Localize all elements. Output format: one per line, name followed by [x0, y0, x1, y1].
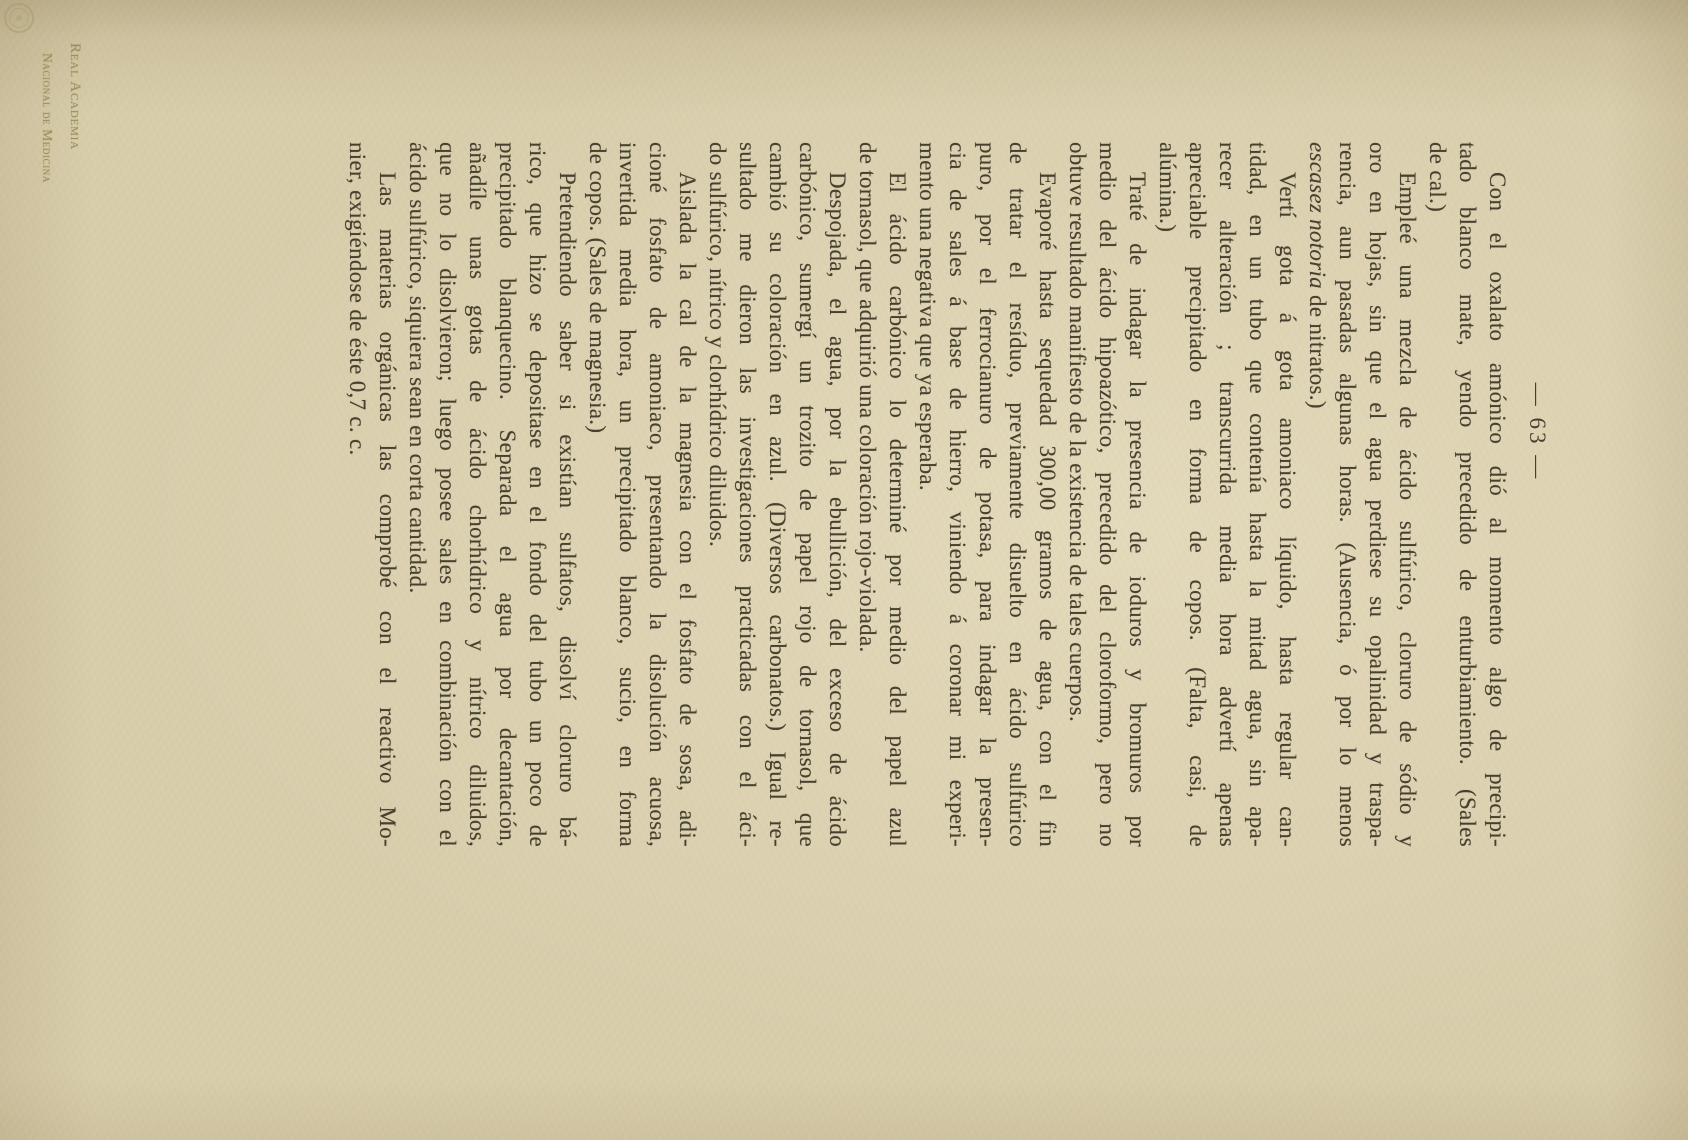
text-line: Vertí gota á gota amoniaco líquido, hast…: [1272, 142, 1302, 847]
text-line: cioné fosfato de amoniaco, presentando l…: [642, 142, 672, 847]
text-line: Empleé una mezcla de ácido sulfúrico, cl…: [1392, 142, 1422, 847]
text-line: oro en hojas, sin que el agua perdiese s…: [1362, 142, 1392, 847]
text-line: do sulfúrico, nítrico y clorhídrico dilu…: [702, 142, 732, 847]
text-line: de cal.): [1422, 142, 1452, 847]
text-line: Despojada, el agua, por la ebullición, d…: [822, 142, 852, 847]
page-number: — 63 —: [1524, 142, 1550, 722]
academy-seal-icon: [4, 3, 34, 33]
text-line: sultado me dieron las investigaciones pr…: [732, 142, 762, 847]
text-line: añadíle unas gotas de ácido chorhídrico …: [462, 142, 492, 847]
text-line: ácido sulfúrico, siquiera sean en corta …: [402, 142, 432, 847]
text-block: Con el oxalato amónico dió al momento al…: [342, 142, 1512, 847]
text-line: Aislada la cal de la magnesia con el fos…: [672, 142, 702, 847]
text-line: cambió su coloración en azul. (Diversos …: [762, 142, 792, 847]
text-line: medio del ácido hipoazótico, precedido d…: [1092, 142, 1122, 847]
stamp-text-line2: Nacional de Medicina: [39, 53, 55, 183]
text-line: Las materias orgánicas las comprobé con …: [372, 142, 402, 847]
text-line: obtuve resultado manifiesto de la existe…: [1062, 142, 1092, 847]
stamp-text-line1: Real Academia: [66, 43, 83, 150]
text-line: Evaporé hasta sequedad 300,00 gramos de …: [1032, 142, 1062, 847]
text-line: carbónico, sumergí un trozito de papel r…: [792, 142, 822, 847]
text-line: apreciable precipitado en forma de copos…: [1182, 142, 1212, 847]
text-line: rico, que hizo se depositase en el fondo…: [522, 142, 552, 847]
text-line: de copos. (Sales de magnesia.): [582, 142, 612, 847]
text-line: alúmina.): [1152, 142, 1182, 847]
text-line: nier, exigiéndose de éste 0,7 c. c.: [342, 142, 372, 847]
library-stamp: Real Academia Nacional de Medicina: [0, 0, 108, 260]
text-line: puro, por el ferrocianuro de potasa, par…: [972, 142, 1002, 847]
text-line: invertida media hora, un precipitado bla…: [612, 142, 642, 847]
text-line: cia de sales á base de hierro, viniendo …: [942, 142, 972, 847]
text-line: recer alteración ; transcurrida media ho…: [1212, 142, 1242, 847]
text-line: Con el oxalato amónico dió al momento al…: [1482, 142, 1512, 847]
text-line: precipitado blanquecino. Separada el agu…: [492, 142, 522, 847]
text-line: Traté de indagar la presencia de ioduros…: [1122, 142, 1152, 847]
text-line: escasez notoria de nitratos.): [1302, 142, 1332, 847]
text-line: rencia, aun pasadas algunas horas. (Ause…: [1332, 142, 1362, 847]
text-line: mento una negativa que ya esperaba.: [912, 142, 942, 847]
scanned-book-page: — 63 — Con el oxalato amónico dió al mom…: [0, 0, 1688, 1140]
text-line: de tornasol, que adquirió una coloración…: [852, 142, 882, 847]
book-page: — 63 — Con el oxalato amónico dió al mom…: [0, 0, 1688, 1140]
text-line: tado blanco mate, yendo precedido de ent…: [1452, 142, 1482, 847]
text-line: tidad, en un tubo que contenía hasta la …: [1242, 142, 1272, 847]
text-line: que no lo disolvieron; luego posee sales…: [432, 142, 462, 847]
text-line: El ácido carbónico lo determiné por medi…: [882, 142, 912, 847]
text-line: Pretendiendo saber si existían sulfatos,…: [552, 142, 582, 847]
text-line: de tratar el resíduo, previamente disuel…: [1002, 142, 1032, 847]
